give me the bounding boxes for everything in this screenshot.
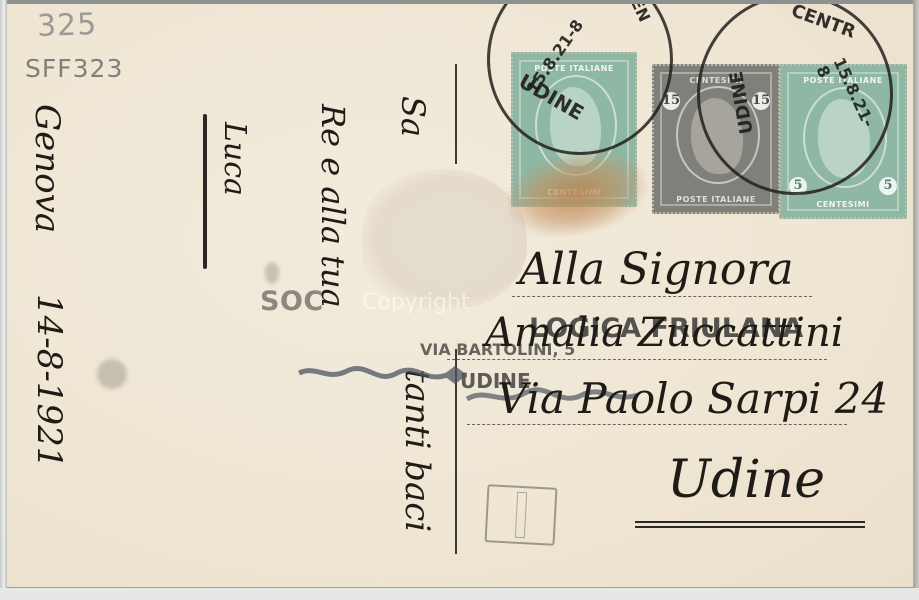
- archive-code: SFF323: [25, 54, 123, 83]
- message-line-re: Re e alla tua: [314, 104, 352, 308]
- center-divider-top: [455, 64, 457, 164]
- address-line-3: [467, 424, 847, 425]
- postcard: 325 SFF323 Genova 14-8-1921 Luca Re e al…: [7, 4, 914, 588]
- ink-blot: [265, 262, 279, 284]
- message-line-luca: Luca: [217, 122, 252, 196]
- message-line-sa: Sa: [394, 96, 432, 137]
- dateline-place: Genova: [27, 104, 67, 233]
- boxed-mark: [485, 484, 558, 546]
- address-street: Via Paolo Sarpi 24: [497, 374, 888, 423]
- copyright-watermark: Copyright: [362, 290, 470, 315]
- dateline-date: 14-8-1921: [29, 294, 69, 468]
- address-recipient-title: Alla Signora: [519, 244, 794, 295]
- scan-border-bottom: [0, 588, 919, 600]
- ink-blot: [97, 359, 127, 389]
- archive-number: 325: [36, 7, 97, 44]
- glue-stain: [362, 169, 527, 309]
- address-city: Udine: [667, 450, 825, 510]
- address-line-1: [512, 296, 812, 297]
- stamp-society-left: SOC: [260, 286, 324, 317]
- message-dash: [203, 114, 207, 269]
- scan-border-left: [0, 0, 7, 600]
- address-underline: [635, 521, 865, 528]
- address-recipient-name: Amalia Zuccattini: [485, 310, 844, 356]
